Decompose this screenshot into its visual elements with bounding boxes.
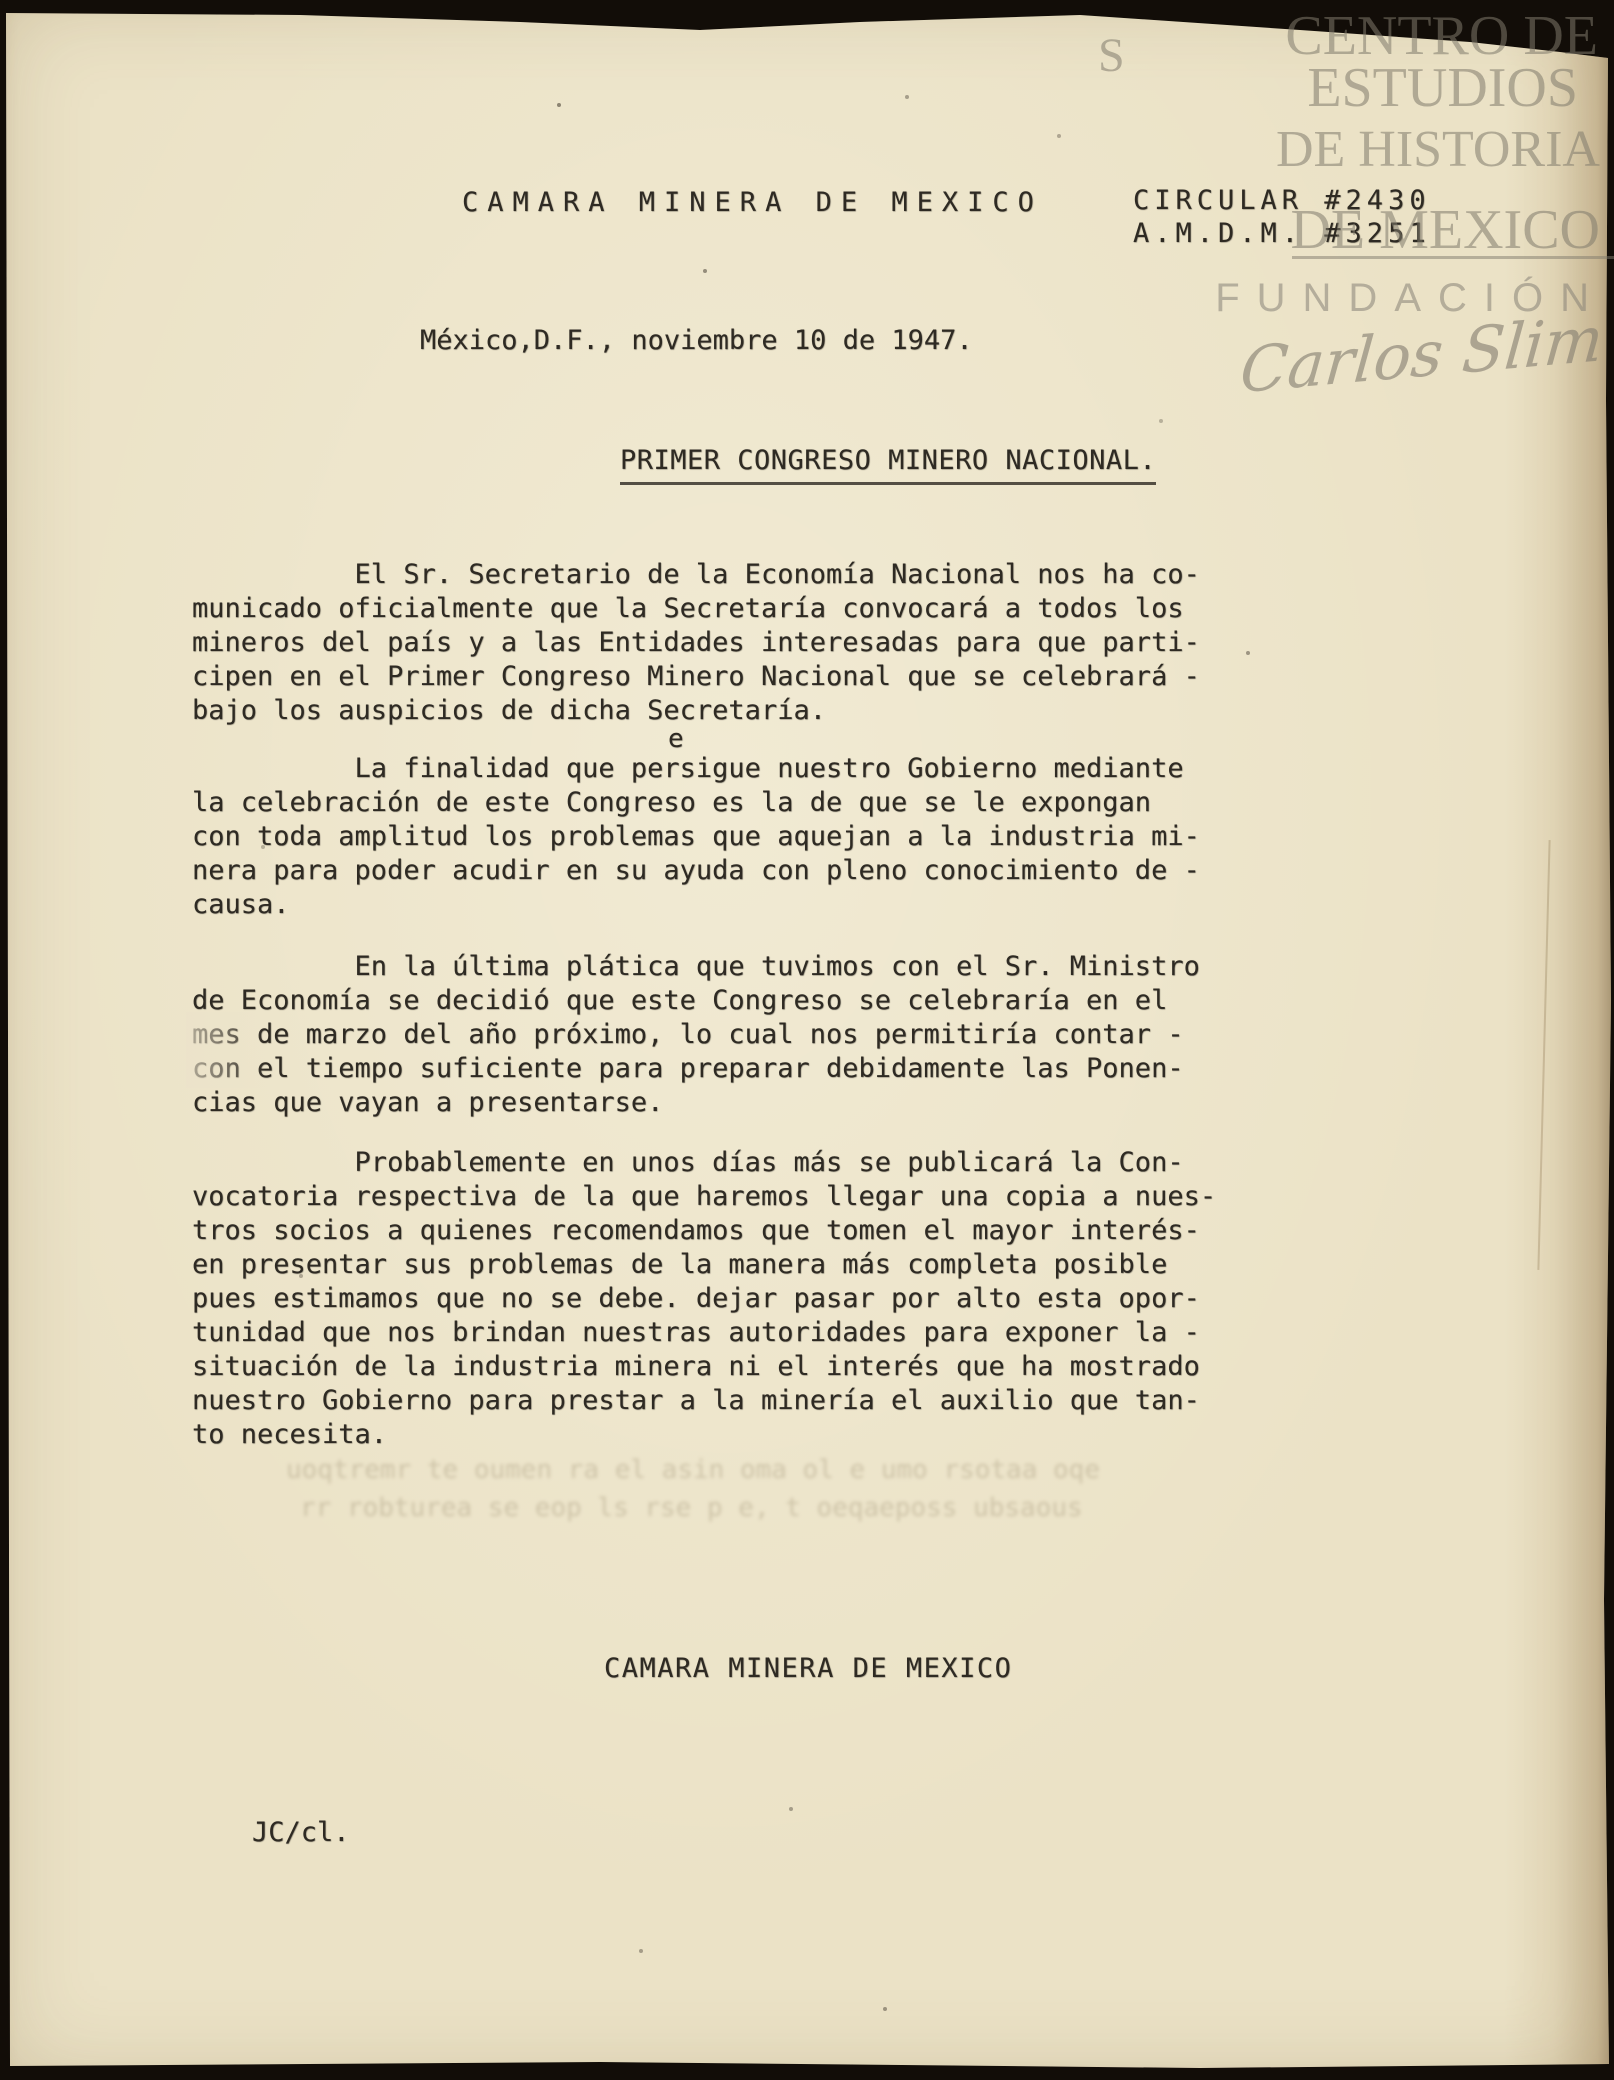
faded-ink-patch	[186, 1012, 266, 1088]
text-line: El Sr. Secretario de la Economía Naciona…	[192, 558, 1200, 592]
watermark-de-historia: DE HISTORIA	[1276, 120, 1600, 179]
text-line: causa.	[192, 888, 1200, 922]
text-line: tros socios a quienes recomendamos que t…	[192, 1214, 1216, 1248]
org-header-title: CAMARA MINERA DE MEXICO	[462, 186, 1043, 220]
watermark-de-mexico: DE MEXICO	[1290, 198, 1600, 262]
paper-specks	[0, 0, 2, 2]
text-line: nuestro Gobierno para prestar a la miner…	[192, 1384, 1216, 1418]
text-line: nera para poder acudir en su ayuda con p…	[192, 854, 1200, 888]
text-line: con el tiempo suficiente para preparar d…	[192, 1052, 1200, 1086]
text-line: bajo los auspicios de dicha Secretaría.	[192, 694, 1200, 728]
text-line: con toda amplitud los problemas que aque…	[192, 820, 1200, 854]
date-line: México,D.F., noviembre 10 de 1947.	[420, 324, 973, 358]
scan-background: CAMARA MINERA DE MEXICO CIRCULAR #2430 A…	[0, 0, 1614, 2080]
watermark-s-mark: S	[1098, 28, 1125, 83]
text-line: vocatoria respectiva de la que haremos l…	[192, 1180, 1216, 1214]
ghost-bleed-line: rr robturea se eop ls rse p e, t oeqaepo…	[300, 1490, 1083, 1526]
text-line: pues estimamos que no se debe. dejar pas…	[192, 1282, 1216, 1316]
text-line: en presentar sus problemas de la manera …	[192, 1248, 1216, 1282]
text-line: cipen en el Primer Congreso Minero Nacio…	[192, 660, 1200, 694]
text-line: La finalidad que persigue nuestro Gobier…	[192, 752, 1200, 786]
paper-crease-line	[1537, 840, 1550, 1270]
text-line: situación de la industria minera ni el i…	[192, 1350, 1216, 1384]
text-line: Probablemente en unos días más se public…	[192, 1146, 1216, 1180]
text-line: to necesita.	[192, 1418, 1216, 1452]
typo-correction-e: e	[668, 722, 684, 756]
ghost-bleed-line: uoqtremr te oumen ra el asin oma ol e um…	[286, 1452, 1100, 1488]
text-line: la celebración de este Congreso es la de…	[192, 786, 1200, 820]
paragraph-2: La finalidad que persigue nuestro Gobier…	[192, 752, 1200, 922]
typist-initials: JC/cl.	[252, 1816, 350, 1850]
watermark-estudios: ESTUDIOS	[1307, 56, 1578, 120]
text-line: mineros del país y a las Entidades inter…	[192, 626, 1200, 660]
text-line: municado oficialmente que la Secretaría …	[192, 592, 1200, 626]
paragraph-1: El Sr. Secretario de la Economía Naciona…	[192, 558, 1200, 728]
paragraph-3: En la última plática que tuvimos con el …	[192, 950, 1200, 1120]
text-line: tunidad que nos brindan nuestras autorid…	[192, 1316, 1216, 1350]
text-line: de Economía se decidió que este Congreso…	[192, 984, 1200, 1018]
text-line: mes de marzo del año próximo, lo cual no…	[192, 1018, 1200, 1052]
text-line: En la última plática que tuvimos con el …	[192, 950, 1200, 984]
paragraph-4: Probablemente en unos días más se public…	[192, 1146, 1216, 1452]
watermark-underline	[1292, 256, 1614, 259]
text-line: cias que vayan a presentarse.	[192, 1086, 1200, 1120]
document-title: PRIMER CONGRESO MINERO NACIONAL.	[620, 444, 1156, 485]
signature-org-line: CAMARA MINERA DE MEXICO	[604, 1652, 1012, 1686]
